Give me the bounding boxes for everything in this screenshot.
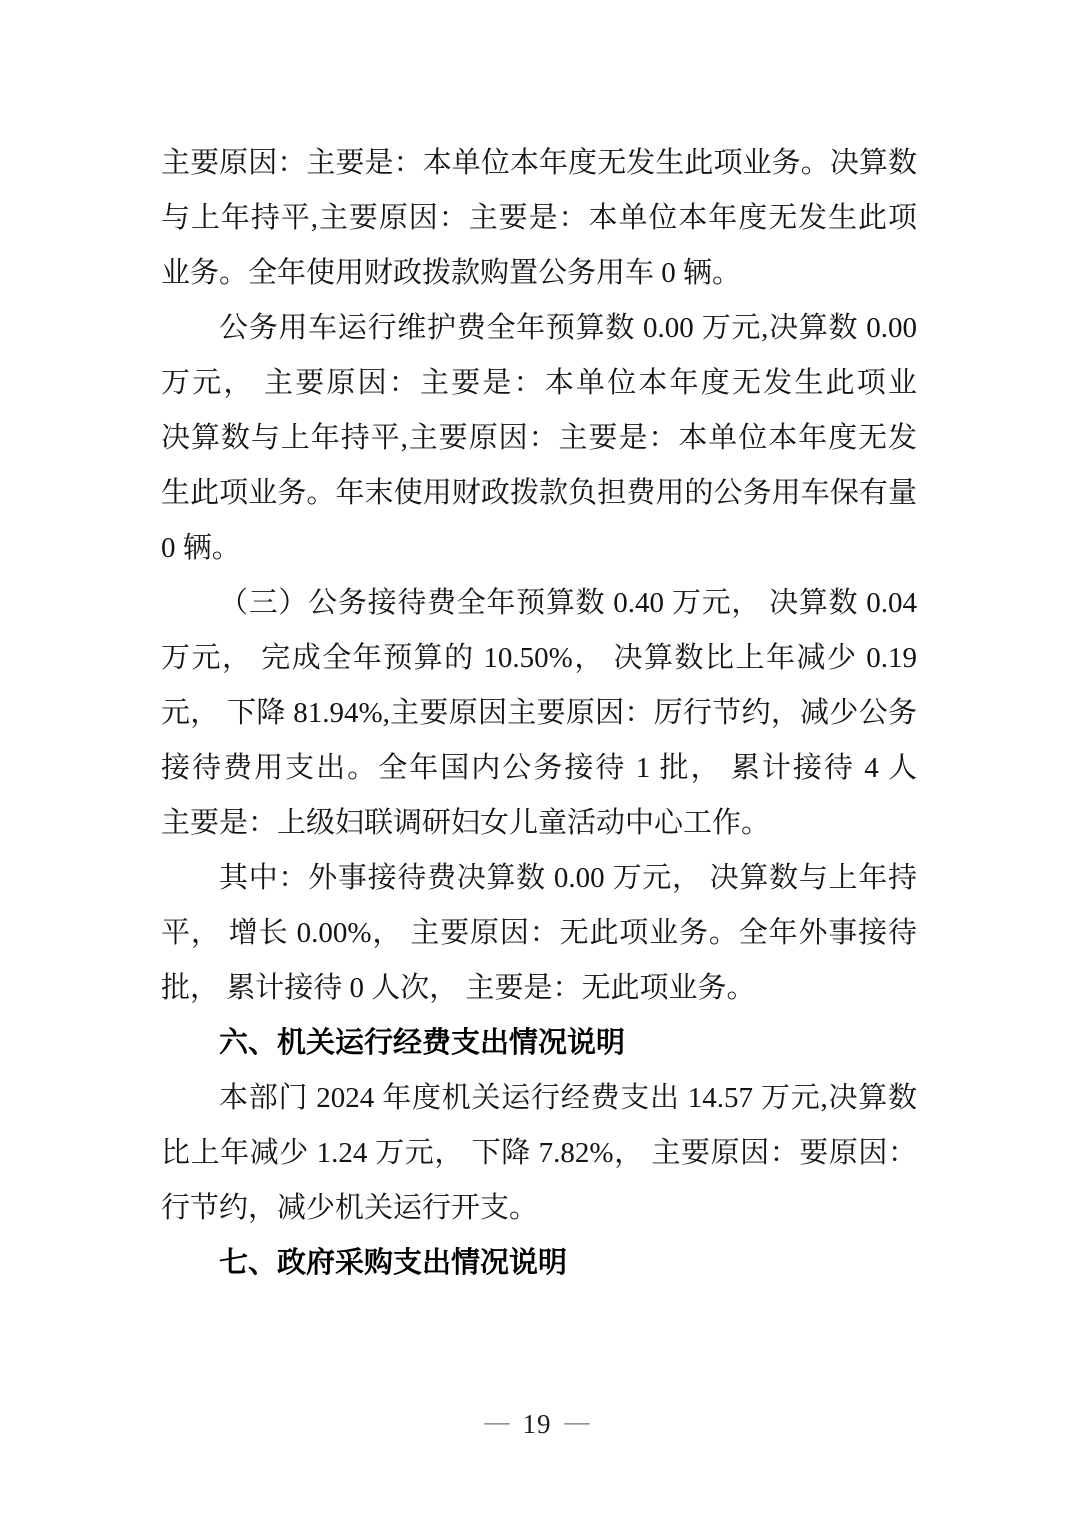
document-body: 主要原因：主要是：本单位本年度无发生此项业务。决算数与上年持平,主要原因：主要是… (161, 136, 917, 1291)
body-text-line: 公务用车运行维护费全年预算数 0.00 万元,决算数 0.00 (161, 301, 917, 356)
body-text-line: 批， 累计接待 0 人次， 主要是：无此项业务。 (161, 961, 917, 1016)
footer-page-number: 19 (523, 1409, 552, 1439)
body-text-line: 元， 下降 81.94%,主要原因主要原因：厉行节约，减少公务 (161, 686, 917, 741)
body-text-line: 与上年持平,主要原因：主要是：本单位本年度无发生此项 (161, 191, 917, 246)
body-text-line: 业务。全年使用财政拨款购置公务用车 0 辆。 (161, 246, 917, 301)
body-text-line: 行节约，减少机关运行开支。 (161, 1181, 917, 1236)
body-text-line: 生此项业务。年末使用财政拨款负担费用的公务用车保有量 (161, 466, 917, 521)
document-page: 主要原因：主要是：本单位本年度无发生此项业务。决算数与上年持平,主要原因：主要是… (0, 0, 1074, 1520)
body-text-line: 其中：外事接待费决算数 0.00 万元， 决算数与上年持 (161, 851, 917, 906)
body-text-line: （三）公务接待费全年预算数 0.40 万元， 决算数 0.04 (161, 576, 917, 631)
body-text-line: 万元， 完成全年预算的 10.50%， 决算数比上年减少 0.19 万 (161, 631, 917, 686)
body-text-line: 主要是：上级妇联调研妇女儿童活动中心工作。 (161, 796, 917, 851)
body-text-line: 0 辆。 (161, 521, 917, 576)
page-footer: —19— (0, 1406, 1074, 1442)
footer-dash-left: — (485, 1409, 510, 1436)
body-text-line: 主要原因：主要是：本单位本年度无发生此项业务。决算数 (161, 136, 917, 191)
body-text-line: 万元， 主要原因：主要是：本单位本年度无发生此项业务。 (161, 356, 917, 411)
body-text-line: 比上年减少 1.24 万元， 下降 7.82%， 主要原因：要原因：厉 (161, 1126, 917, 1181)
body-text-line: 平， 增长 0.00%， 主要原因：无此项业务。全年外事接待 0 (161, 906, 917, 961)
body-text-line: 接待费用支出。全年国内公务接待 1 批， 累计接待 4 人次， (161, 741, 917, 796)
body-text-line: 决算数与上年持平,主要原因：主要是：本单位本年度无发 (161, 411, 917, 466)
body-text-line: 本部门 2024 年度机关运行经费支出 14.57 万元,决算数 (161, 1071, 917, 1126)
section-heading: 七、政府采购支出情况说明 (161, 1236, 917, 1291)
section-heading: 六、机关运行经费支出情况说明 (161, 1016, 917, 1071)
footer-dash-right: — (565, 1409, 590, 1436)
